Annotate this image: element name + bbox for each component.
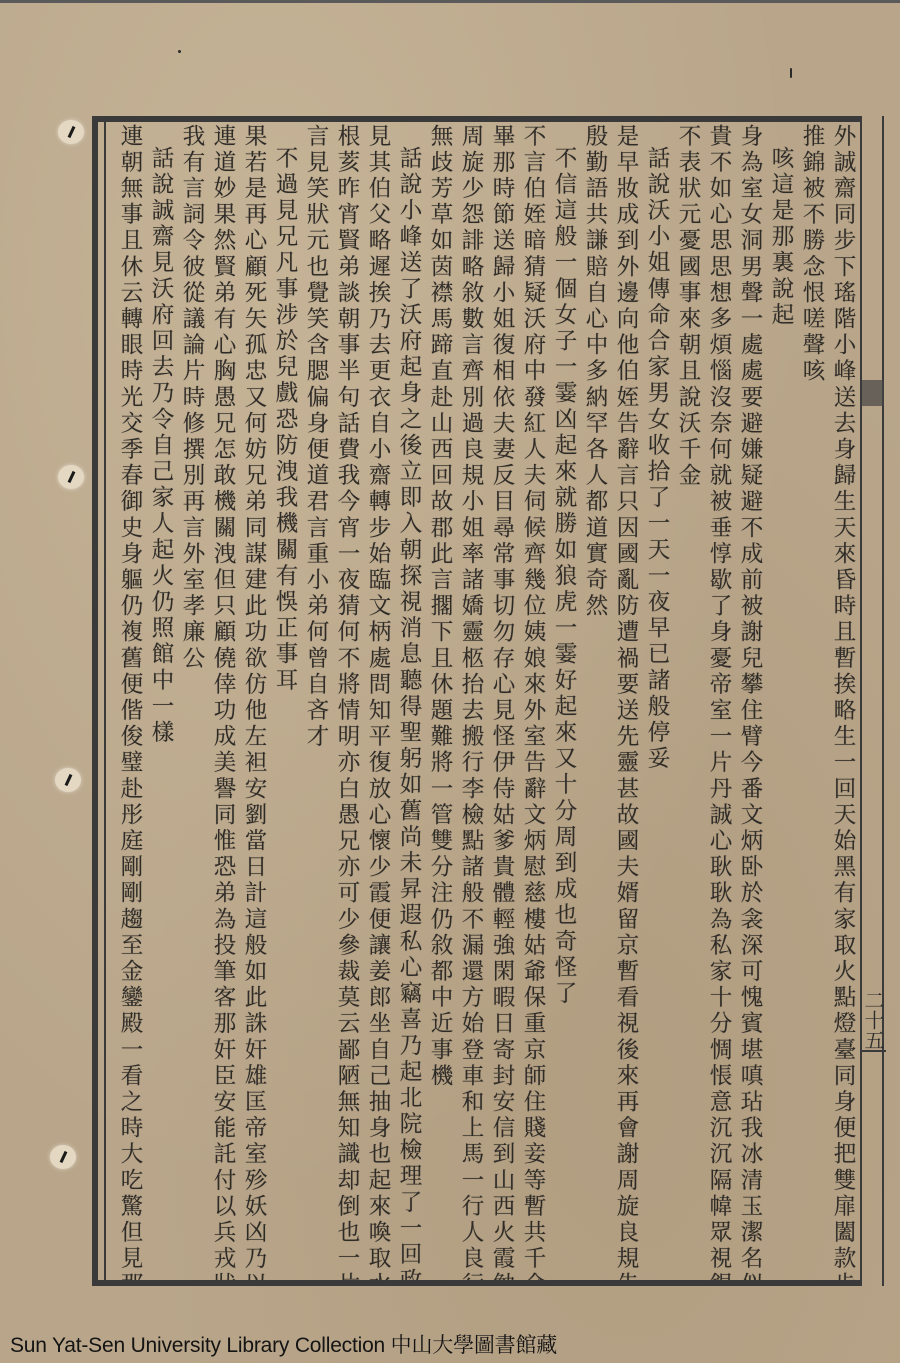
text-column: 推錦被不勝念恨嗟聲咳 — [797, 124, 827, 1280]
text-column: 外誠齋同步下瑤階小峰送去身歸生天來昏時且暫挨略生一回天始黑有家取火點燈臺同身便把… — [828, 124, 858, 1280]
margin-fish-tail-mark — [862, 380, 884, 406]
text-column: 根荄昨宵賢弟談朝事半句話費我今宵一夜猜何不將情明亦白愚兄亦可少參裁莫云鄙陋無知識… — [332, 124, 362, 1280]
margin-column-line — [860, 116, 862, 1286]
frame-inner-line — [104, 122, 106, 1280]
text-column: 話說誠齋見沃府回去乃令自己家人起火仍照館中一樣 — [146, 124, 176, 1280]
text-column: 殷勤語共謙賠自心中多納罕各人都道實奇然 — [580, 124, 610, 1280]
text-body: 外誠齋同步下瑤階小峰送去身歸生天來昏時且暫挨略生一回天始黑有家取火點燈臺同身便把… — [112, 124, 858, 1280]
binding-hole — [58, 465, 84, 489]
collection-watermark: Sun Yat-Sen University Library Collectio… — [10, 1329, 557, 1359]
text-column: 身為室女洞男聲一處處要避嫌疑避不成前被謝兒攀住臂今番文炳卧於衾深可愧賓堪嗔玷我冰… — [735, 124, 765, 1280]
text-column: 貴不如心思思想多煩惱沒奈何就被垂惇歇了身憂帝室一片丹誠心耿耿為私家十分惆悵意沉沉… — [704, 124, 734, 1280]
paper-speck — [178, 50, 181, 53]
frame-right-line — [882, 116, 884, 1286]
text-column: 不信這般一個女子一霎凶起來就勝如狼虎一霎好起來又十分周到成也奇怪了 — [549, 124, 579, 1280]
binding-hole — [58, 120, 84, 144]
text-column: 話說沃小姐傳命合家男女收拾了一天一夜早已諸般停妥 — [642, 124, 672, 1280]
text-column: 咳這是那裏說起 — [766, 124, 796, 1280]
paper-speck — [790, 68, 792, 78]
page-number: 二十五 — [864, 990, 884, 1050]
text-column: 我有言詞令彼從議論片時修撰別再言外室孝廉公 — [177, 124, 207, 1280]
text-column: 不表狀元憂國事來朝且說沃千金 — [673, 124, 703, 1280]
text-column: 議論競喧譁道言聖主賓天矣主意還須快快拿速請上宮皇太后垂簾攝政最為佳從容再計誰當立… — [112, 124, 114, 1280]
text-column: 不言伯姪暗猜疑沃府中發紅人夫伺候齊幾位姨娘來外室告辭文炳慰慈樓姑爺保重京師住賤妾… — [518, 124, 548, 1280]
binding-hole — [50, 1145, 76, 1169]
text-column: 連道妙果然賢弟有心胸愚兄怎敢機關洩但只顧僥倖功成美譽同惟恐弟為投筆客那奸臣安能託… — [208, 124, 238, 1280]
text-column: 見其伯父略遲挨乃去更衣自小齋轉步始臨文柄處問知平復放心懷少霞便讓姜郎坐自己抽身也… — [363, 124, 393, 1280]
text-column: 果若是再心顧死矢孤忠又何妨兄弟同謀建此功欲仿他左袒安劉當日計這般如此誅奸雄匡帝室… — [239, 124, 269, 1280]
text-column: 周旋少怨誹略敘數言齊別過良規小姐率諸嬌靈柩抬去搬行李檢點諸般不漏還方始登車和上馬… — [456, 124, 486, 1280]
text-column: 連朝無事且休云轉眼時光交季春御史身軀仍複舊便偕俊璧赴彤庭剛剛趨至金鑾殿一看之時大… — [115, 124, 145, 1280]
text-column: 不過見兄凡事涉於兒戲恐防洩我機關有悞正事耳 — [270, 124, 300, 1280]
text-column: 話說小峰送了沃府起身之後立即入朝探視消息聽得聖躬如舊尚未昇遐私心竊喜乃起北院檢理… — [394, 124, 424, 1280]
text-column: 無歧芳草如茵襟馬蹄直赴山西回故郡此言擱下且休題難將一管雙分注仍敘都中近事機 — [425, 124, 455, 1280]
margin-divider — [862, 1050, 886, 1052]
text-column: 是早妝成到外邊向他伯姪告辭言只因國亂防遭禍要送先靈甚故國夫婿留京暫看視後來再會謝… — [611, 124, 641, 1280]
page-top-edge — [0, 0, 900, 3]
text-column: 言見笑狀元也覺笑含腮偏身便道君言重小弟何曾自吝才 — [301, 124, 331, 1280]
binding-hole — [55, 768, 81, 792]
text-column: 畢那時節送歸小姐復相依夫妻反目尋常事切勿存心見怪伊侍姑爹貴體輕強閑暇日寄封安信到… — [487, 124, 517, 1280]
